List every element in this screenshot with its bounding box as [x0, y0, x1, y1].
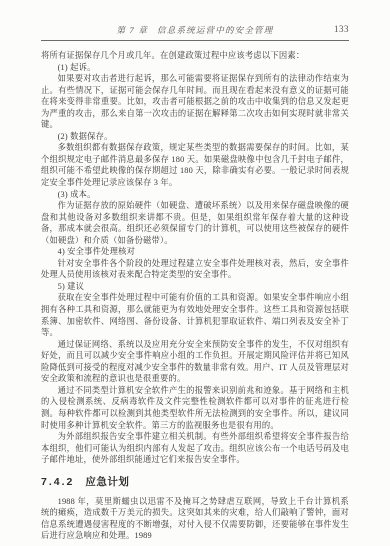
body-paragraph: 如果要对攻击者进行起诉，那么可能需要将证据保存到所有的法律动作结束为止。有些情况… [41, 73, 349, 131]
body-paragraph: 将所有证据保存几个月或几年。在创建政策过程中应该考虑以下因素： [41, 50, 349, 62]
body-text: 将所有证据保存几个月或几年。在创建政策过程中应该考虑以下因素：(1) 起诉。如果… [41, 50, 349, 542]
section-title: 应急计划 [85, 476, 129, 488]
body-paragraph: 获取在安全事件处理过程中可能有价值的工具和资源。如果安全事件响应小组拥有各种工具… [41, 292, 349, 338]
body-paragraph: 为外部组织报告安全事件建立相关机制。有些外部组织希望将安全事件报告给本组织，他们… [41, 431, 349, 466]
page-content: 第 7 章信息系统运营中的安全管理 133 将所有证据保存几个月或几年。在创建政… [41, 24, 349, 542]
body-paragraph: 作为证据存放的原始硬件（如硬盘、遭破坏系统）以及用来保存磁盘映像的硬盘和其他设备… [41, 200, 349, 246]
body-paragraph: 5) 建议 [41, 281, 349, 293]
chapter-label: 第 7 章 [117, 25, 149, 35]
body-paragraph: (2) 数据保存。 [41, 131, 349, 143]
body-paragraph: 4) 安全事件处理核对 [41, 246, 349, 258]
body-paragraph: (3) 成本。 [41, 189, 349, 201]
body-paragraph: 1988 年，莫里斯蠕虫以迅雷不及掩耳之势肆虐互联网，导致上千台计算机系统的瘫痪… [41, 496, 349, 542]
header-rule [41, 40, 349, 41]
running-header-title: 第 7 章信息系统运营中的安全管理 [41, 24, 349, 36]
page-number: 133 [334, 24, 349, 34]
running-header: 第 7 章信息系统运营中的安全管理 133 [41, 24, 349, 37]
body-paragraph: 针对安全事件各个阶段的处理过程建立安全事件处理核对表，然后，安全事件处理人员使用… [41, 258, 349, 281]
body-paragraph: (1) 起诉。 [41, 62, 349, 74]
section-heading: 7.4.2应急计划 [41, 474, 349, 489]
book-page: 第 7 章信息系统运营中的安全管理 133 将所有证据保存几个月或几年。在创建政… [0, 0, 390, 546]
section-number: 7.4.2 [41, 476, 74, 488]
body-paragraph: 通过保证网络、系统以及应用充分安全来预防安全事件的发生，不仅对组织有好处，而且可… [41, 339, 349, 385]
chapter-title: 信息系统运营中的安全管理 [157, 25, 273, 35]
body-paragraph: 通过不同类型计算机安全软件产生的报警来识别前兆和迹象。基于网络和主机的入侵检测系… [41, 385, 349, 431]
body-paragraph: 多数组织都有数据保存政策，规定某些类型的数据需要保存的时间。比如，某个组织规定电… [41, 142, 349, 188]
